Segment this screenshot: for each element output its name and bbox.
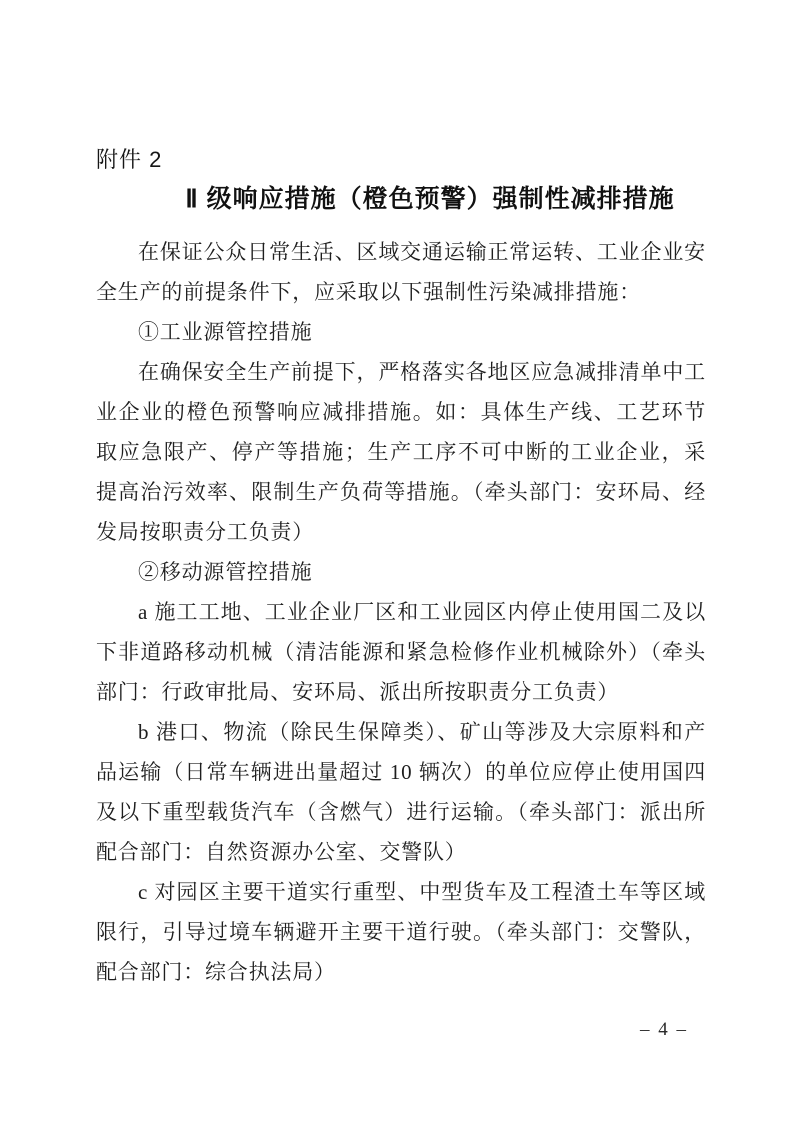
text-line: 配合部门：综合执法局） — [96, 952, 706, 992]
document-body: 在保证公众日常生活、区域交通运输正常运转、工业企业安 全生产的前提条件下，应采取… — [96, 232, 706, 992]
text-line: 在保证公众日常生活、区域交通运输正常运转、工业企业安 — [96, 232, 706, 272]
text-line: c 对园区主要干道实行重型、中型货车及工程渣土车等区域 — [96, 872, 706, 912]
text-line: a 施工工地、工业企业厂区和工业园区内停止使用国二及以 — [96, 592, 706, 632]
paragraph-mobile-source-heading: ②移动源管控措施 — [96, 552, 706, 592]
document-page: 附件 2 Ⅱ 级响应措施（橙色预警）强制性减排措施 在保证公众日常生活、区域交通… — [0, 0, 793, 1122]
text-line: 全生产的前提条件下，应采取以下强制性污染减排措施： — [96, 272, 706, 312]
text-line: 在确保安全生产前提下，严格落实各地区应急减排清单中工 — [96, 352, 706, 392]
heading-line: ①工业源管控措施 — [96, 312, 706, 352]
page-number: – 4 – — [640, 1018, 688, 1042]
text-line: 部门：行政审批局、安环局、派出所按职责分工负责） — [96, 672, 706, 712]
paragraph-mobile-source-item-c: c 对园区主要干道实行重型、中型货车及工程渣土车等区域 限行，引导过境车辆避开主… — [96, 872, 706, 992]
text-line: 业企业的橙色预警响应减排措施。如：具体生产线、工艺环节采 — [96, 392, 706, 432]
text-line: 配合部门：自然资源办公室、交警队） — [96, 832, 706, 872]
text-line: 发局按职责分工负责） — [96, 512, 706, 552]
paragraph-mobile-source-item-a: a 施工工地、工业企业厂区和工业园区内停止使用国二及以 下非道路移动机械（清洁能… — [96, 592, 706, 712]
text-line: 及以下重型载货汽车（含燃气）进行运输。（牵头部门：派出所 — [96, 792, 706, 832]
paragraph-intro: 在保证公众日常生活、区域交通运输正常运转、工业企业安 全生产的前提条件下，应采取… — [96, 232, 706, 312]
text-line: b 港口、物流（除民生保障类）、矿山等涉及大宗原料和产 — [96, 712, 706, 752]
heading-line: ②移动源管控措施 — [96, 552, 706, 592]
document-title: Ⅱ 级响应措施（橙色预警）强制性减排措施 — [96, 183, 706, 215]
text-line: 提高治污效率、限制生产负荷等措施。（牵头部门：安环局、经 — [96, 472, 706, 512]
text-line: 下非道路移动机械（清洁能源和紧急检修作业机械除外）（牵头 — [96, 632, 706, 672]
paragraph-mobile-source-item-b: b 港口、物流（除民生保障类）、矿山等涉及大宗原料和产 品运输（日常车辆进出量超… — [96, 712, 706, 872]
attachment-label: 附件 2 — [96, 147, 706, 173]
paragraph-industrial-source-measures: 在确保安全生产前提下，严格落实各地区应急减排清单中工 业企业的橙色预警响应减排措… — [96, 352, 706, 552]
text-line: 品运输（日常车辆进出量超过 10 辆次）的单位应停止使用国四 — [96, 752, 706, 792]
text-line: 取应急限产、停产等措施；生产工序不可中断的工业企业，采取 — [96, 432, 706, 472]
document-content: 附件 2 Ⅱ 级响应措施（橙色预警）强制性减排措施 在保证公众日常生活、区域交通… — [96, 147, 706, 992]
paragraph-industrial-source-heading: ①工业源管控措施 — [96, 312, 706, 352]
text-line: 限行，引导过境车辆避开主要干道行驶。（牵头部门：交警队， — [96, 912, 706, 952]
